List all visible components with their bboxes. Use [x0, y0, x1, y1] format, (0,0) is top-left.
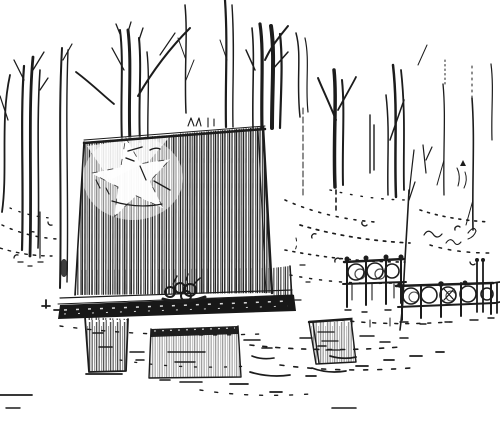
memorial-slab: [75, 126, 272, 295]
tree-trunk: [225, 0, 226, 127]
tree-trunk: [334, 70, 335, 187]
sketch-canvas: Pen-and-ink sketch: memorial slab with f…: [0, 0, 500, 440]
memorial-sketch: Pen-and-ink sketch: memorial slab with f…: [0, 0, 500, 440]
stone-block-left: [85, 317, 128, 374]
